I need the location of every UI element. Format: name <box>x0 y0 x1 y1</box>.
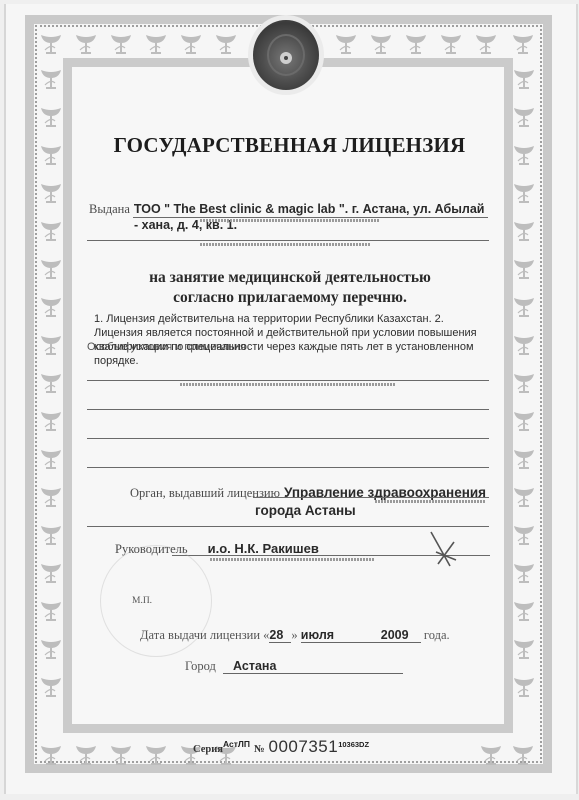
hygieia-bowl-icon <box>145 30 167 56</box>
blank-line <box>87 438 489 439</box>
issued-to-underline <box>133 217 488 218</box>
serial-number: СерияАстЛП № 000735110363DZ <box>193 737 369 757</box>
subject-line-1: на занятие медицинской деятельностью <box>80 268 500 288</box>
state-emblem-icon <box>253 20 319 90</box>
hygieia-bowl-icon <box>513 445 535 471</box>
hygieia-bowl-icon <box>513 559 535 585</box>
license-subject: на занятие медицинской деятельностью сог… <box>80 268 500 308</box>
hygieia-bowl-icon <box>513 293 535 319</box>
conditions-overprint-label: Особые условия и примечания <box>87 341 246 353</box>
hygieia-bowl-icon <box>335 30 357 56</box>
hygieia-bowl-icon <box>513 179 535 205</box>
city-section: Город Астана <box>185 659 403 674</box>
seal-label: М.П. <box>132 596 152 606</box>
hygieia-bowl-icon <box>370 30 392 56</box>
hygieia-bowl-icon <box>40 407 62 433</box>
signature <box>428 530 458 570</box>
hygieia-bowl-icon <box>40 635 62 661</box>
hygieia-bowl-icon <box>110 30 132 56</box>
issue-date-quote: » <box>291 628 297 642</box>
issue-date: Дата выдачи лицензии «28» июля2009 года. <box>140 628 450 643</box>
microtext <box>200 243 370 246</box>
hygieia-bowl-icon <box>513 369 535 395</box>
issued-to-value: ТОО " The Best clinic & magic lab ". г. … <box>134 202 485 216</box>
subject-line-2: согласно прилагаемому перечню. <box>80 288 500 308</box>
document-title: ГОСУДАРСТВЕННАЯ ЛИЦЕНЗИЯ <box>0 133 579 158</box>
hygieia-bowl-icon <box>75 741 97 767</box>
issue-date-day: 28 <box>269 628 291 643</box>
hygieia-bowl-icon <box>40 65 62 91</box>
hygieia-bowl-icon <box>180 30 202 56</box>
hygieia-bowl-icon <box>145 741 167 767</box>
hygieia-bowl-icon <box>512 741 534 767</box>
issue-date-year: 2009 <box>381 628 421 643</box>
hygieia-bowl-icon <box>513 103 535 129</box>
issue-date-month: июля <box>301 628 381 643</box>
divider-line <box>87 240 489 241</box>
city-value: Астана <box>223 659 403 674</box>
serial-label: Серия <box>193 744 223 755</box>
issue-date-suffix: года. <box>424 628 450 642</box>
microtext <box>210 558 375 561</box>
hygieia-bowl-icon <box>40 293 62 319</box>
hygieia-bowl-icon <box>40 521 62 547</box>
microtext <box>200 219 380 222</box>
hygieia-bowl-icon <box>40 217 62 243</box>
hygieia-bowl-icon <box>512 30 534 56</box>
hygieia-bowl-icon <box>475 30 497 56</box>
hygieia-bowl-icon <box>513 407 535 433</box>
issuing-authority-city: города Астаны <box>130 503 490 518</box>
license-number: 0007351 <box>269 737 339 756</box>
hygieia-bowl-icon <box>513 331 535 357</box>
hygieia-bowl-icon <box>40 741 62 767</box>
divider-line <box>87 526 489 527</box>
hygieia-bowl-icon <box>40 597 62 623</box>
issue-date-label: Дата выдачи лицензии « <box>140 628 269 642</box>
hygieia-bowl-icon <box>40 103 62 129</box>
microtext <box>375 500 485 503</box>
hygieia-bowl-icon <box>513 521 535 547</box>
hygieia-bowl-icon <box>40 331 62 357</box>
hygieia-bowl-icon <box>405 30 427 56</box>
issuing-authority-underline <box>253 497 489 498</box>
hygieia-bowl-icon <box>513 483 535 509</box>
head-name: и.о. Н.К. Ракишев <box>208 541 319 556</box>
hygieia-bowl-icon <box>513 255 535 281</box>
hygieia-bowl-icon <box>513 673 535 699</box>
hygieia-bowl-icon <box>215 30 237 56</box>
city-label: Город <box>185 659 216 673</box>
hygieia-bowl-icon <box>40 30 62 56</box>
hygieia-bowl-icon <box>40 445 62 471</box>
hygieia-bowl-icon <box>75 30 97 56</box>
blank-line <box>87 467 489 468</box>
hygieia-bowl-icon <box>110 741 132 767</box>
divider-line <box>87 380 489 381</box>
blank-line <box>87 409 489 410</box>
license-conditions: 1. Лицензия действительна на территории … <box>94 312 494 368</box>
hygieia-bowl-icon <box>40 483 62 509</box>
hygieia-bowl-icon <box>40 673 62 699</box>
hygieia-bowl-icon <box>480 741 502 767</box>
number-sign: № <box>254 744 265 755</box>
hygieia-bowl-icon <box>513 217 535 243</box>
hygieia-bowl-icon <box>40 255 62 281</box>
hygieia-bowl-icon <box>440 30 462 56</box>
hygieia-bowl-icon <box>40 179 62 205</box>
hygieia-bowl-icon <box>513 597 535 623</box>
license-code: 10363DZ <box>338 740 369 749</box>
hygieia-bowl-icon <box>513 65 535 91</box>
microtext <box>180 383 395 386</box>
hygieia-bowl-icon <box>40 559 62 585</box>
serial-series: АстЛП <box>223 739 250 749</box>
hygieia-bowl-icon <box>513 635 535 661</box>
issued-to-label: Выдана <box>89 202 130 216</box>
hygieia-bowl-icon <box>40 369 62 395</box>
